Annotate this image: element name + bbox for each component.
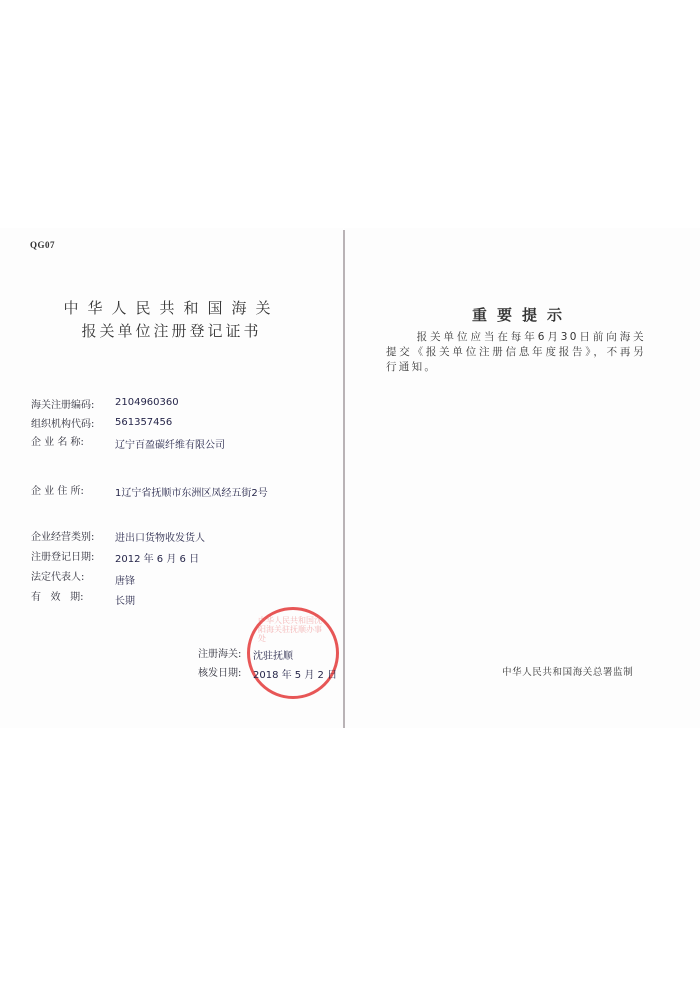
field-value-customs-code: 2104960360 (115, 397, 179, 408)
registration-customs-label: 注册海关: (198, 645, 241, 660)
field-label-company-name: 企 业 名 称: (31, 433, 84, 448)
certificate-right-page (344, 228, 700, 728)
certificate-title-line2: 报关单位注册登记证书 (0, 320, 343, 341)
field-value-company-name: 辽宁百盈碳纤维有限公司 (115, 436, 225, 451)
field-label-org-code: 组织机构代码: (31, 415, 94, 430)
certificate-title-line1: 中华人民共和国海关 (0, 297, 343, 318)
form-code: QG07 (30, 240, 55, 250)
field-value-company-address: 1辽宁省抚顺市东洲区凤经五街2号 (115, 484, 268, 499)
field-label-validity: 有 效 期: (31, 588, 83, 603)
field-value-legal-rep: 唐锋 (115, 572, 135, 587)
field-label-customs-code: 海关注册编码: (31, 396, 94, 411)
field-value-registration-date: 2012 年 6 月 6 日 (115, 550, 199, 565)
issue-date-label: 核发日期: (198, 664, 241, 679)
notice-title: 重要提示 (344, 304, 700, 325)
notice-text: 报关单位应当在每年6月30日前向海关提交《报关单位注册信息年度报告》，不再另行通… (386, 331, 646, 373)
field-value-business-type: 进出口货物收发货人 (115, 529, 205, 544)
field-value-validity: 长期 (115, 592, 135, 607)
field-label-business-type: 企业经营类别: (31, 528, 94, 543)
field-label-registration-date: 注册登记日期: (31, 548, 94, 563)
notice-body: 报关单位应当在每年6月30日前向海关提交《报关单位注册信息年度报告》，不再另行通… (386, 330, 646, 375)
field-label-legal-rep: 法定代表人: (31, 568, 84, 583)
field-label-company-address: 企 业 住 所: (31, 482, 84, 497)
field-value-org-code: 561357456 (115, 417, 172, 428)
issue-date-value: 2018 年 5 月 2 日 (253, 666, 337, 681)
supervisor-credit: 中华人民共和国海关总署监制 (502, 664, 633, 678)
registration-customs-value: 沈驻抚顺 (253, 647, 293, 662)
